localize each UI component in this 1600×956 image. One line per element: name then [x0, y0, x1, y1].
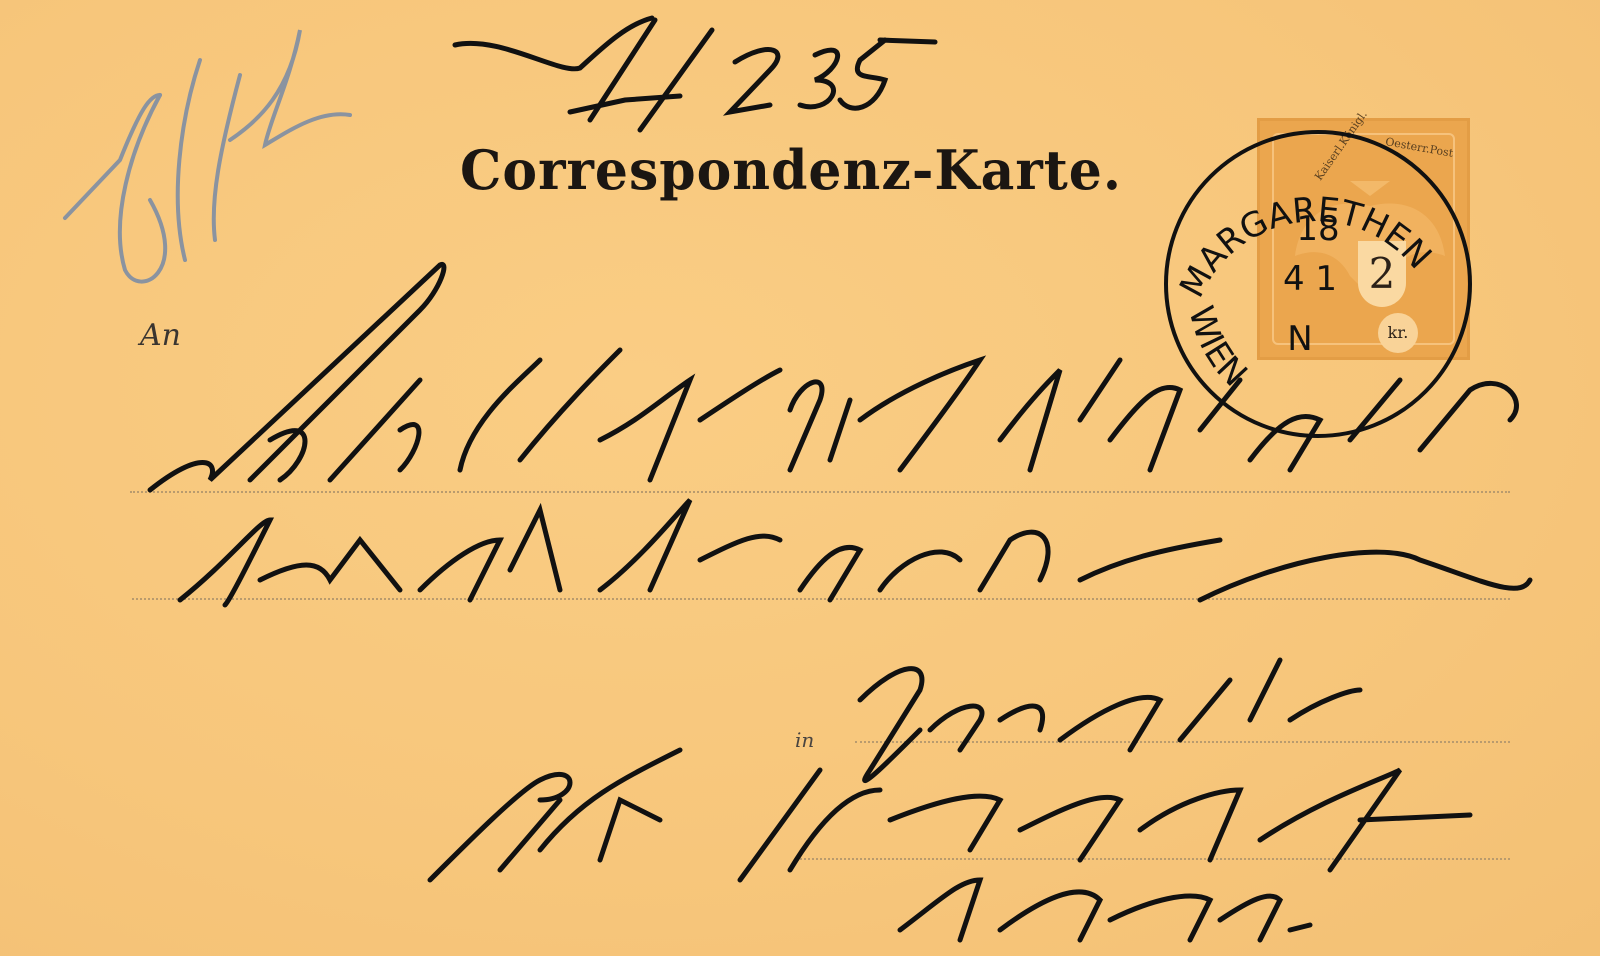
address-script-line-2 — [180, 500, 1530, 605]
postmark-date-2: 4 1 — [1283, 259, 1337, 299]
reference-number — [455, 18, 935, 130]
svg-text:WIEN: WIEN — [1180, 302, 1254, 395]
handwriting-layer: MARGARETHEN WIEN 18 4 1 N — [0, 0, 1600, 956]
address-script-lines-3-4 — [430, 660, 1470, 940]
postcard: Correspondenz-Karte. An in Kaiserl.König… — [0, 0, 1600, 956]
postmark-date-3: N — [1287, 319, 1312, 359]
postmark-date-1: 18 — [1296, 209, 1339, 249]
postmark-city: WIEN — [1180, 302, 1254, 395]
postmark: MARGARETHEN WIEN 18 4 1 N — [1166, 132, 1470, 436]
pencil-note — [65, 30, 350, 282]
